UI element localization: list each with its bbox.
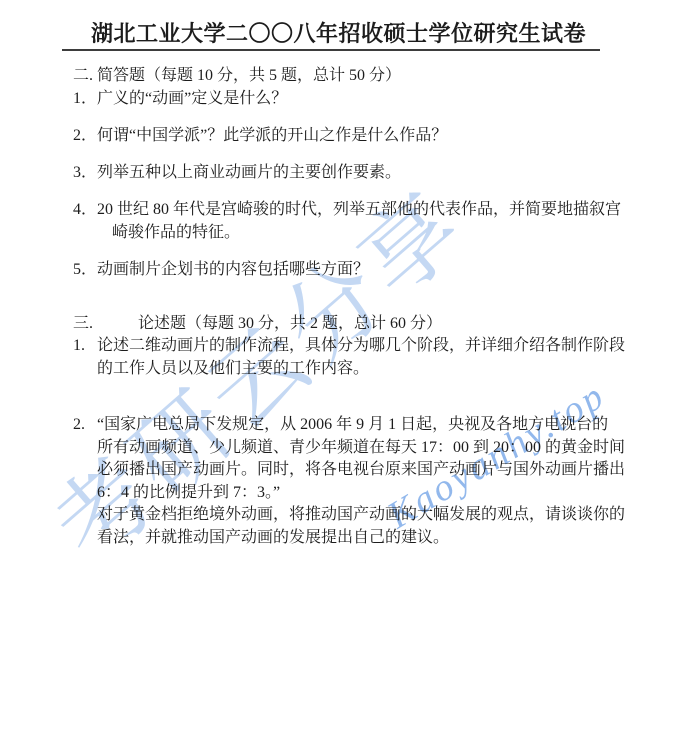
exam-paper-page: 考研云分享 Kaoyanhy.top 湖北工业大学二〇〇八年招收硕士学位研究生试… [0, 0, 677, 736]
question-number: 1. [73, 334, 97, 380]
section-number: 二. [73, 64, 97, 87]
question-number: 2. [73, 414, 97, 549]
section-heading-text: 论述题（每题 30 分，共 2 题，总计 60 分） [138, 312, 442, 335]
question-number: 3． [73, 161, 97, 184]
question-item-3: 3． 列举五种以上商业动画片的主要创作要素。 [73, 161, 401, 184]
section-heading-essay: 三. 论述题（每题 30 分，共 2 题，总计 60 分） [73, 312, 442, 335]
question-line: 所有动画频道、少儿频道、青少年频道在每天 17：00 到 20：00 的黄金时间 [97, 437, 625, 460]
page-title: 湖北工业大学二〇〇八年招收硕士学位研究生试卷 [0, 17, 677, 48]
question-number: 2． [73, 124, 97, 147]
question-text: 列举五种以上商业动画片的主要创作要素。 [97, 161, 401, 184]
question-line: 看法，并就推动国产动画的发展提出自己的建议。 [97, 527, 625, 550]
question-number: 1． [73, 87, 97, 110]
question-text: “国家广电总局下发规定，从 2006 年 9 月 1 日起，央视及各地方电视台的… [97, 414, 625, 549]
section-heading-text: 简答题（每题 10 分，共 5 题，总计 50 分） [97, 64, 401, 87]
question-item-5: 5． 动画制片企划书的内容包括哪些方面？ [73, 258, 369, 281]
essay-item-2: 2. “国家广电总局下发规定，从 2006 年 9 月 1 日起，央视及各地方电… [73, 414, 625, 549]
question-item-4: 4． 20 世纪 80 年代是宫崎骏的时代，列举五部他的代表作品，并简要地描叙宫… [73, 198, 621, 244]
section-number: 三. [73, 312, 138, 335]
question-line: 的工作人员以及他们主要的工作内容。 [97, 357, 625, 380]
question-line: 20 世纪 80 年代是宫崎骏的时代，列举五部他的代表作品，并简要地描叙宫 [97, 198, 621, 221]
question-text: 广义的“动画”定义是什么？ [97, 87, 287, 110]
question-text: 动画制片企划书的内容包括哪些方面？ [97, 258, 369, 281]
question-line: 论述二维动画片的制作流程，具体分为哪几个阶段，并详细介绍各制作阶段 [97, 334, 625, 357]
question-item-2: 2． 何谓“中国学派”？此学派的开山之作是什么作品？ [73, 124, 447, 147]
question-line: 6：4 的比例提升到 7：3。” [97, 482, 625, 505]
question-text: 何谓“中国学派”？此学派的开山之作是什么作品？ [97, 124, 447, 147]
question-number: 4． [73, 198, 97, 244]
question-number: 5． [73, 258, 97, 281]
question-line: 对于黄金档拒绝境外动画，将推动国产动画的大幅发展的观点，请谈谈你的 [97, 504, 625, 527]
essay-item-1: 1. 论述二维动画片的制作流程，具体分为哪几个阶段，并详细介绍各制作阶段 的工作… [73, 334, 625, 380]
question-line: 崎骏作品的特征。 [97, 221, 621, 244]
question-text: 论述二维动画片的制作流程，具体分为哪几个阶段，并详细介绍各制作阶段 的工作人员以… [97, 334, 625, 380]
question-line: “国家广电总局下发规定，从 2006 年 9 月 1 日起，央视及各地方电视台的 [97, 414, 625, 437]
question-line: 必须播出国产动画片。同时，将各电视台原来国产动画片与国外动画片播出 [97, 459, 625, 482]
title-divider [62, 49, 600, 51]
section-heading-short-answer: 二. 简答题（每题 10 分，共 5 题，总计 50 分） [73, 64, 401, 87]
question-text: 20 世纪 80 年代是宫崎骏的时代，列举五部他的代表作品，并简要地描叙宫 崎骏… [97, 198, 621, 244]
question-item-1: 1． 广义的“动画”定义是什么？ [73, 87, 287, 110]
